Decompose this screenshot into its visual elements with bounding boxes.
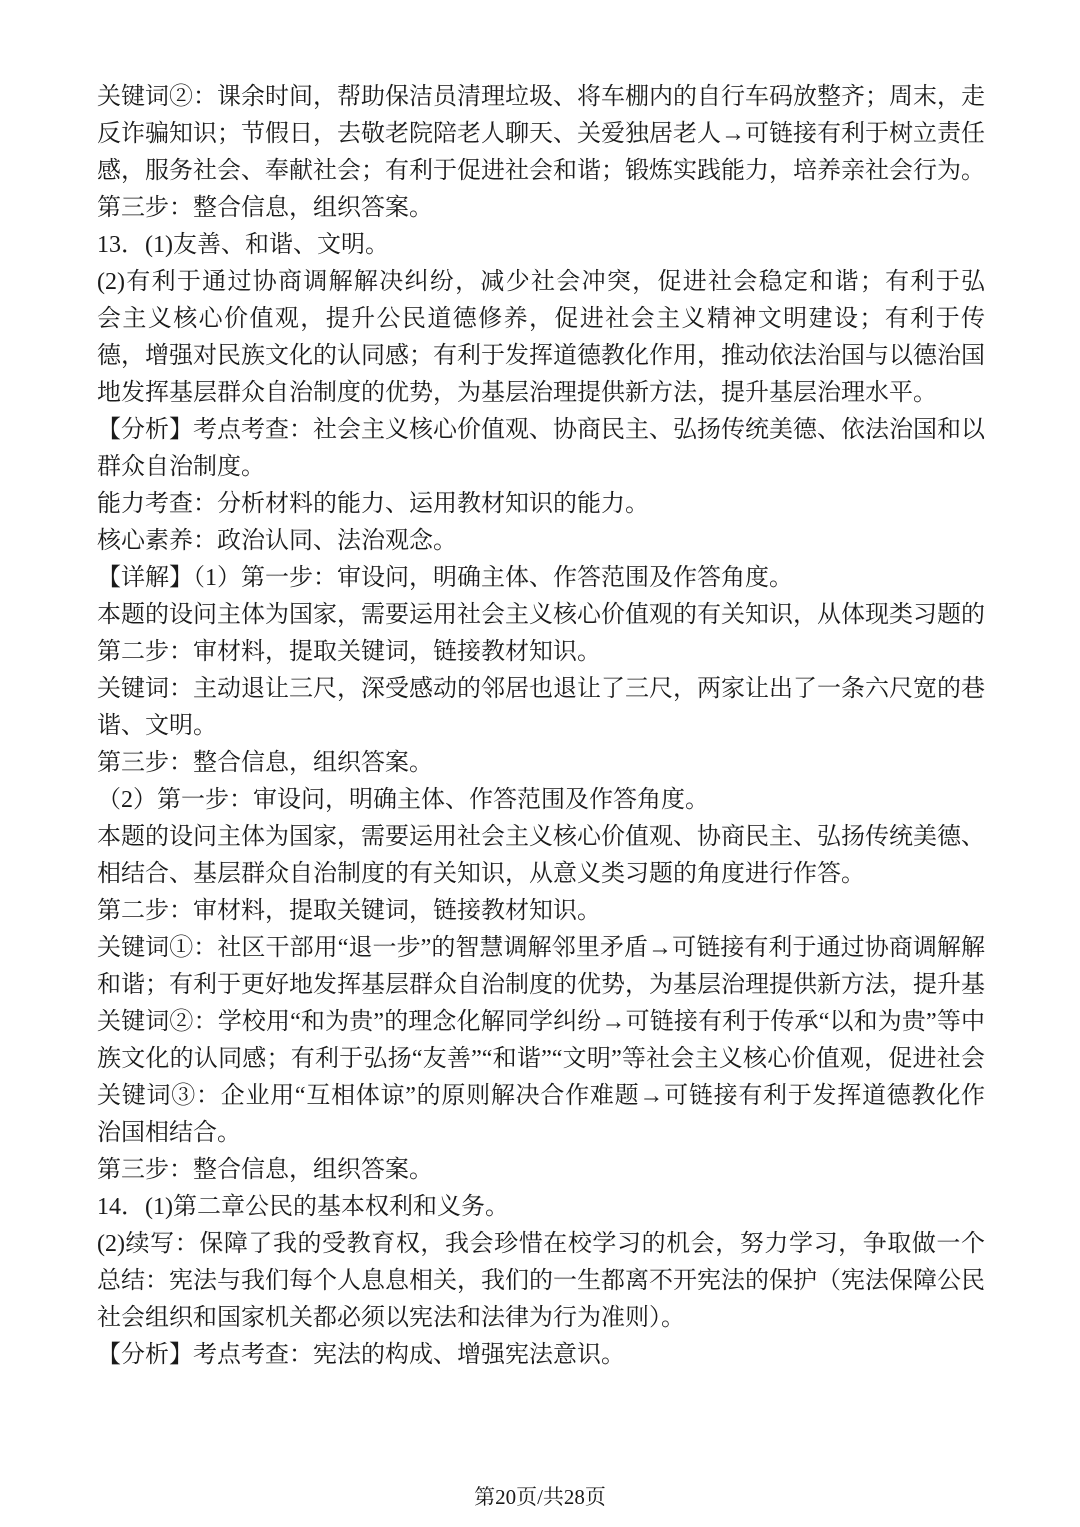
text-line: 地发挥基层群众自治制度的优势，为基层治理提供新方法，提升基层治理水平。 (97, 375, 985, 412)
text-line: (2)有利于通过协商调解解决纠纷，减少社会冲突，促进社会稳定和谐；有利于弘扬“友… (97, 264, 985, 301)
text-line: 第三步：整合信息，组织答案。 (97, 1152, 985, 1189)
text-line: （2）第一步：审设问，明确主体、作答范围及作答角度。 (97, 782, 985, 819)
text-line: 本题的设问主体为国家，需要运用社会主义核心价值观的有关知识，从体现类习题的角度进… (97, 597, 985, 634)
text-line: 和谐；有利于更好地发挥基层群众自治制度的优势，为基层治理提供新方法，提升基层治理… (97, 967, 985, 1004)
text-line: 会主义核心价值观，提升公民道德修养，促进社会主义精神文明建设；有利于传承“以和为… (97, 301, 985, 338)
text-line: 13．(1)友善、和谐、文明。 (97, 227, 985, 264)
text-line: 本题的设问主体为国家，需要运用社会主义核心价值观、协商民主、弘扬传统美德、依法治… (97, 819, 985, 856)
text-line: 【分析】考点考查：社会主义核心价值观、协商民主、弘扬传统美德、依法治国和以德治国… (97, 412, 985, 449)
text-line: 反诈骗知识；节假日，去敬老院陪老人聊天、关爱独居老人→可链接有利于树立责任意识，… (97, 116, 985, 153)
text-line: 族文化的认同感；有利于弘扬“友善”“和谐”“文明”等社会主义核心价值观，促进社会… (97, 1041, 985, 1078)
text-line: 关键词：主动退让三尺，深受感动的邻居也退让了三尺，两家让出了一条六尺宽的巷道→可… (97, 671, 985, 708)
text-line: 第三步：整合信息，组织答案。 (97, 190, 985, 227)
text-line: 关键词②：课余时间，帮助保洁员清理垃圾、将车棚内的自行车码放整齐；周末，走上街头… (97, 79, 985, 116)
page-number-label: 第20页/共28页 (474, 1485, 606, 1509)
text-line: 关键词③：企业用“互相体谅”的原则解决合作难题→可链接有利于发挥道德教化作用，推… (97, 1078, 985, 1115)
text-line: (2)续写：保障了我的受教育权，我会珍惜在校学习的机会，努力学习，争取做一个对社… (97, 1226, 985, 1263)
text-line: 第三步：整合信息，组织答案。 (97, 745, 985, 782)
text-line: 德，增强对民族文化的认同感；有利于发挥道德教化作用，推动依法治国与以德治国相结合… (97, 338, 985, 375)
text-line: 能力考查：分析材料的能力、运用教材知识的能力。 (97, 486, 985, 523)
text-line: 总结：宪法与我们每个人息息相关，我们的一生都离不开宪法的保护（宪法保障公民的基本… (97, 1263, 985, 1300)
text-line: 第二步：审材料，提取关键词，链接教材知识。 (97, 634, 985, 671)
text-line: 【详解】（1）第一步：审设问，明确主体、作答范围及作答角度。 (97, 560, 985, 597)
text-line: 关键词②：学校用“和为贵”的理念化解同学纠纷→可链接有利于传承“以和为贵”等中华… (97, 1004, 985, 1041)
text-line: 关键词①：社区干部用“退一步”的智慧调解邻里矛盾→可链接有利于通过协商调解解决纠… (97, 930, 985, 967)
document-body: 关键词②：课余时间，帮助保洁员清理垃圾、将车棚内的自行车码放整齐；周末，走上街头… (97, 79, 985, 1374)
text-line: 群众自治制度。 (97, 449, 985, 486)
document-page: 关键词②：课余时间，帮助保洁员清理垃圾、将车棚内的自行车码放整齐；周末，走上街头… (0, 0, 1080, 1527)
text-line: 治国相结合。 (97, 1115, 985, 1152)
text-line: 第二步：审材料，提取关键词，链接教材知识。 (97, 893, 985, 930)
text-line: 相结合、基层群众自治制度的有关知识，从意义类习题的角度进行作答。 (97, 856, 985, 893)
text-line: 社会组织和国家机关都必须以宪法和法律为行为准则）。 (97, 1300, 985, 1337)
text-line: 谐、文明。 (97, 708, 985, 745)
text-line: 【分析】考点考查：宪法的构成、增强宪法意识。 (97, 1337, 985, 1374)
text-line: 核心素养：政治认同、法治观念。 (97, 523, 985, 560)
text-line: 感，服务社会、奉献社会；有利于促进社会和谐；锻炼实践能力，培养亲社会行为。 (97, 153, 985, 190)
page-footer: 第20页/共28页 (0, 1483, 1080, 1511)
text-line: 14．(1)第二章公民的基本权利和义务。 (97, 1189, 985, 1226)
